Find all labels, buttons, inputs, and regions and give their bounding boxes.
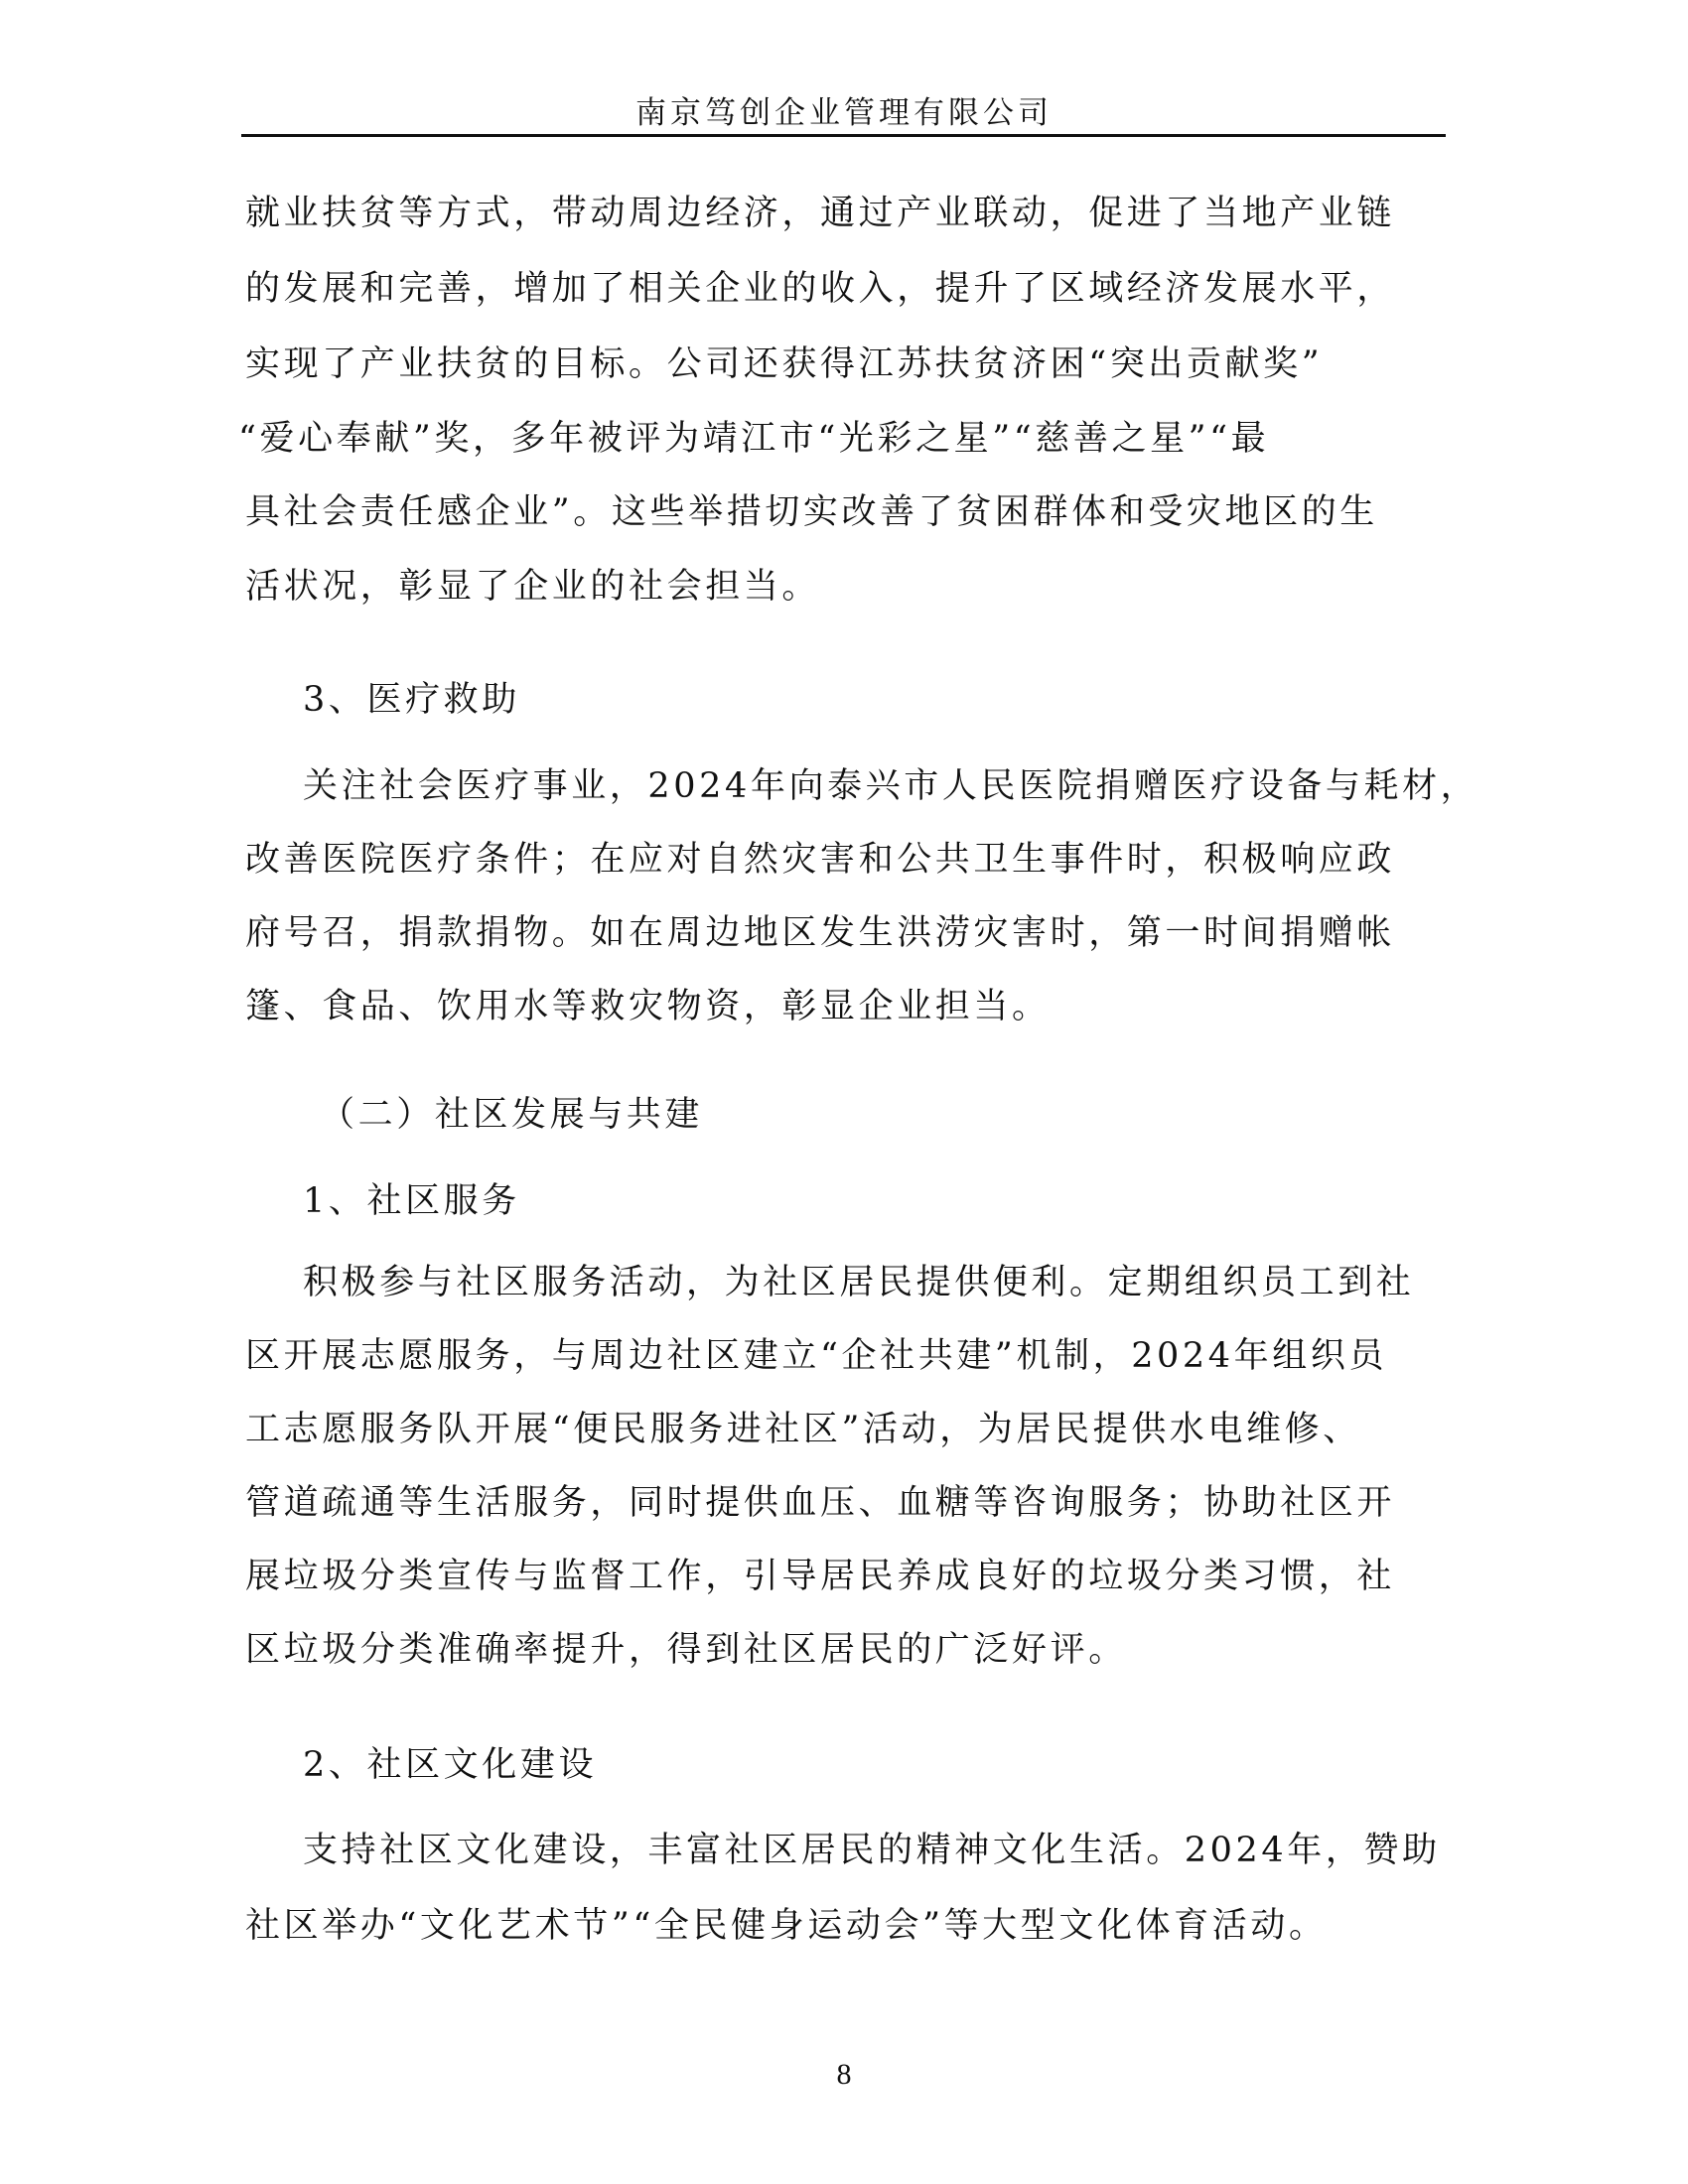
paragraph-line: 府号召，捐款捐物。如在周边地区发生洪涝灾害时，第一时间捐赠帐 <box>245 911 1395 955</box>
paragraph-line: 活状况，彰显了企业的社会担当。 <box>245 565 820 609</box>
paragraph-line: 改善医院医疗条件；在应对自然灾害和公共卫生事件时，积极响应政 <box>245 838 1395 882</box>
header-divider <box>241 134 1446 137</box>
document-page: 南京笃创企业管理有限公司 就业扶贫等方式，带动周边经济，通过产业联动，促进了当地… <box>0 0 1688 2184</box>
paragraph-line: 积极参与社区服务活动，为社区居民提供便利。定期组织员工到社 <box>303 1261 1414 1304</box>
paragraph-line: 实现了产业扶贫的目标。公司还获得江苏扶贫济困“突出贡献奖” <box>245 342 1323 386</box>
section-heading-community-development: （二）社区发展与共建 <box>320 1093 703 1137</box>
subsection-heading-medical-aid: 3、医疗救助 <box>303 678 520 722</box>
paragraph-line: 管道疏通等生活服务，同时提供血压、血糖等咨询服务；协助社区开 <box>245 1481 1395 1525</box>
paragraph-line: 区开展志愿服务，与周边社区建立“企社共建”机制，2024年组织员 <box>245 1334 1387 1378</box>
paragraph-line: 关注社会医疗事业，2024年向泰兴市人民医院捐赠医疗设备与耗材， <box>303 764 1478 808</box>
paragraph-line: 工志愿服务队开展“便民服务进社区”活动，为居民提供水电维修、 <box>245 1408 1361 1451</box>
page-number: 8 <box>0 2057 1688 2093</box>
paragraph-line: 篷、食品、饮用水等救灾物资，彰显企业担当。 <box>245 985 1051 1028</box>
paragraph-line: 的发展和完善，增加了相关企业的收入，提升了区域经济发展水平， <box>245 267 1395 311</box>
paragraph-line: “爱心奉献”奖，多年被评为靖江市“光彩之星”“慈善之星”“最 <box>238 417 1269 461</box>
paragraph-line: 就业扶贫等方式，带动周边经济，通过产业联动，促进了当地产业链 <box>245 192 1395 235</box>
subsection-heading-community-service: 1、社区服务 <box>303 1179 520 1223</box>
paragraph-line: 展垃圾分类宣传与监督工作，引导居民养成良好的垃圾分类习惯，社 <box>245 1555 1395 1598</box>
page-header-title: 南京笃创企业管理有限公司 <box>0 93 1688 133</box>
paragraph-line: 支持社区文化建设，丰富社区居民的精神文化生活。2024年，赞助 <box>303 1829 1441 1872</box>
paragraph-line: 区垃圾分类准确率提升，得到社区居民的广泛好评。 <box>245 1628 1127 1672</box>
subsection-heading-community-culture: 2、社区文化建设 <box>303 1743 597 1787</box>
paragraph-line: 社区举办“文化艺术节”“全民健身运动会”等大型文化体育活动。 <box>245 1904 1328 1948</box>
paragraph-line: 具社会责任感企业”。这些举措切实改善了贫困群体和受灾地区的生 <box>245 490 1378 534</box>
